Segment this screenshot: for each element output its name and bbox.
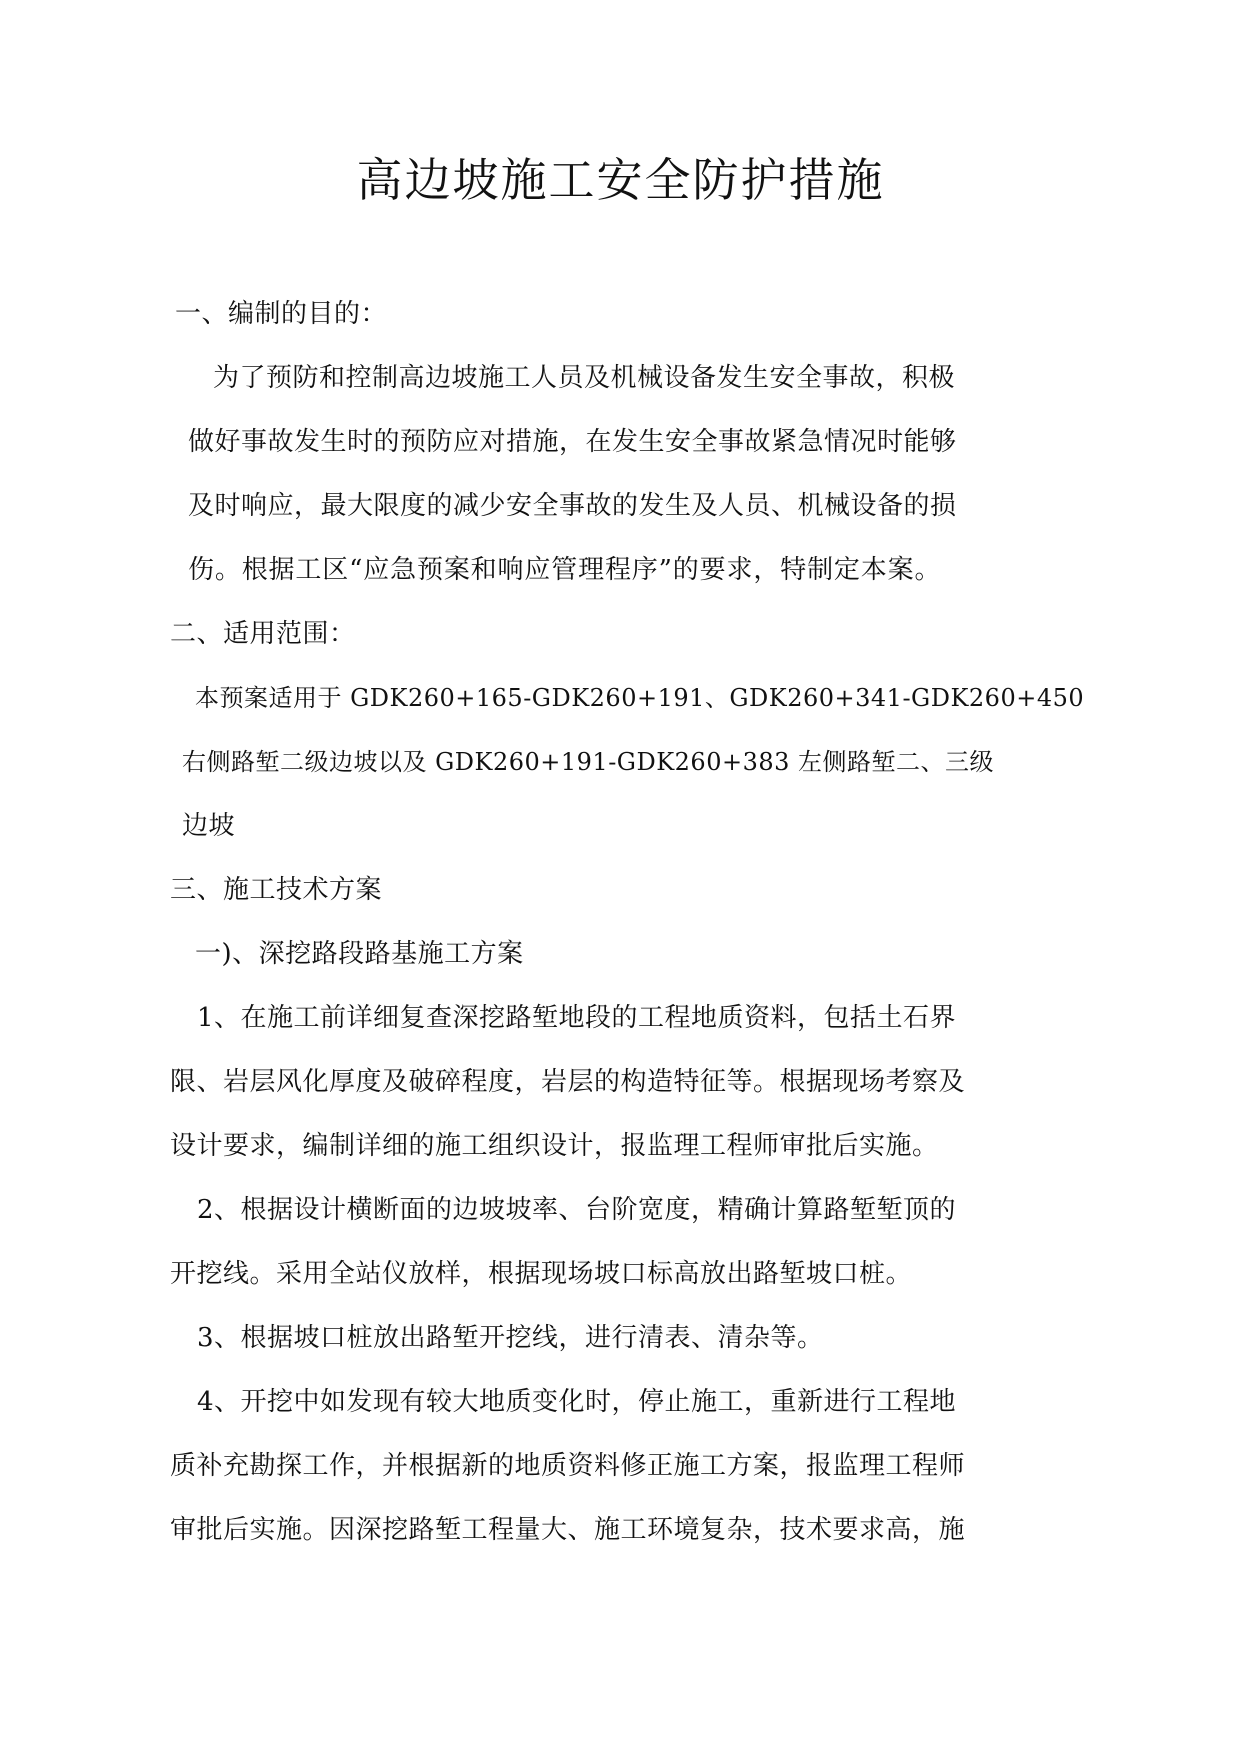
paragraph-line: 做好事故发生时的预防应对措施，在发生安全事故紧急情况时能够 — [188, 424, 941, 460]
paragraph-line: 本预案适用于 GDK260+165-GDK260+191、GDK260+341-… — [195, 680, 931, 716]
list-item-3-line: 3、根据坡口桩放出路堑开挖线，进行清表、清杂等。 — [197, 1320, 824, 1356]
paragraph-line: 质补充勘探工作，并根据新的地质资料修正施工方案，报监理工程师 — [170, 1448, 941, 1484]
list-item-2-line: 2、根据设计横断面的边坡坡率、台阶宽度，精确计算路堑堑顶的 — [197, 1192, 941, 1228]
subsection-heading-deep-cut: 一)、深挖路段路基施工方案 — [195, 936, 524, 972]
paragraph-line: 限、岩层风化厚度及破碎程度，岩层的构造特征等。根据现场考察及 — [170, 1064, 941, 1100]
section-heading-purpose: 一、编制的目的： — [175, 296, 387, 332]
section-heading-scope: 二、适用范围： — [170, 616, 356, 652]
paragraph-line: 开挖线。采用全站仪放样，根据现场坡口标高放出路堑坡口桩。 — [170, 1256, 890, 1292]
list-item-1-line: 1、在施工前详细复查深挖路堑地段的工程地质资料，包括土石界 — [197, 1000, 941, 1036]
section-heading-technical-plan: 三、施工技术方案 — [170, 872, 382, 908]
document-title: 高边坡施工安全防护措施 — [0, 150, 1241, 210]
list-item-4-line: 4、开挖中如发现有较大地质变化时，停止施工，重新进行工程地 — [197, 1384, 941, 1420]
paragraph-line: 审批后实施。因深挖路堑工程量大、施工环境复杂，技术要求高，施 — [170, 1512, 941, 1548]
document-page: 高边坡施工安全防护措施 一、编制的目的： 为了预防和控制高边坡施工人员及机械设备… — [0, 0, 1241, 1754]
paragraph-line: 右侧路堑二级边坡以及 GDK260+191-GDK260+383 左侧路堑二、三… — [182, 744, 936, 780]
paragraph-line: 边坡 — [182, 808, 235, 844]
paragraph-line: 及时响应，最大限度的减少安全事故的发生及人员、机械设备的损 — [188, 488, 941, 524]
paragraph-line: 为了预防和控制高边坡施工人员及机械设备发生安全事故，积极 — [213, 360, 941, 396]
paragraph-line: 伤。根据工区“应急预案和响应管理程序”的要求，特制定本案。 — [188, 552, 941, 588]
paragraph-line: 设计要求，编制详细的施工组织设计，报监理工程师审批后实施。 — [170, 1128, 914, 1164]
